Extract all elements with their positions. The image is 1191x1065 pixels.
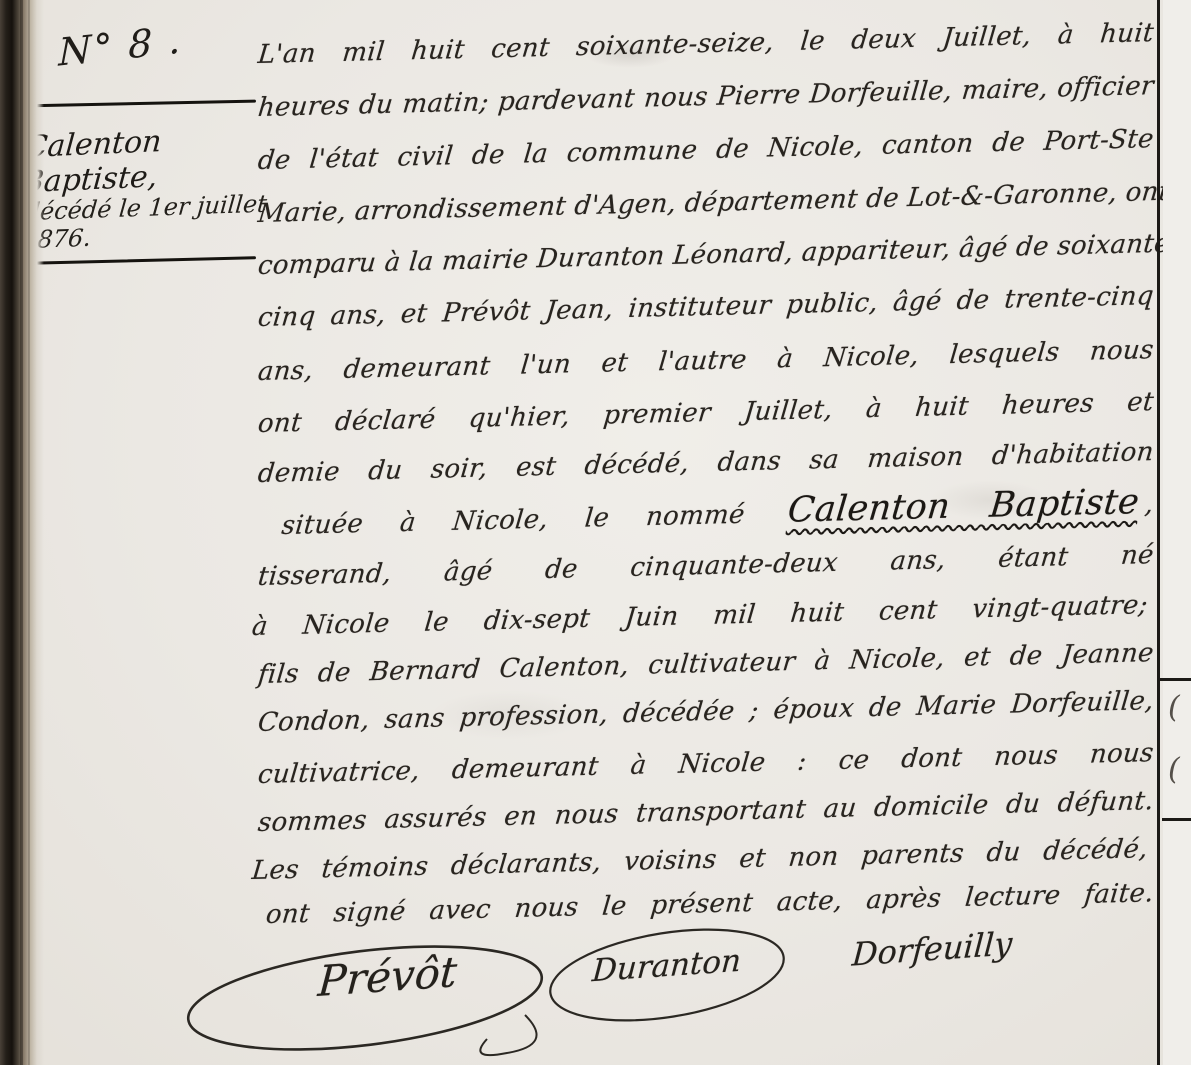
margin-rule-bottom [28, 256, 256, 265]
page-fold-line [1157, 0, 1160, 1065]
record-line: Marie, arrondissement d'Agen, départemen… [257, 177, 1156, 229]
margin-death-note: décédé le 1er juillet 1876. [21, 189, 276, 254]
record-line: Condon, sans profession, décédée ; époux… [257, 686, 1156, 738]
deceased-line-suffix: , [1143, 490, 1155, 520]
record-line: de l'état civil de la commune de Nicole,… [257, 124, 1156, 176]
death-record-page: N° 8 . Calenton Baptiste, décédé le 1er … [0, 0, 1191, 1065]
record-line: cultivatrice, demeurant à Nicole : ce do… [257, 738, 1156, 790]
record-line: L'an mil huit cent soixante-seize, le de… [257, 18, 1156, 70]
margin-rule-top [24, 100, 256, 108]
adjacent-page-mark: ( [1168, 690, 1180, 725]
deceased-line-prefix: située à Nicole, le nommé [280, 500, 746, 541]
deceased-name-highlight: Calenton Baptiste [780, 482, 1147, 531]
margin-deceased-name: Calenton Baptiste, [20, 119, 275, 200]
adjacent-page-sliver [1163, 0, 1191, 1065]
signature-duranton: Duranton [591, 943, 742, 990]
record-line: ont signé avec nous le présent acte, apr… [265, 878, 1156, 930]
record-line: cinq ans, et Prévôt Jean, instituteur pu… [257, 281, 1156, 333]
adjacent-page-rule [1160, 678, 1191, 681]
record-line: tisserand, âgé de cinquante-deux ans, ét… [257, 540, 1156, 592]
record-line-deceased: située à Nicole, le nommé Calenton Bapti… [280, 482, 1156, 543]
book-binding-edge [0, 0, 44, 1065]
record-line: heures du matin; pardevant nous Pierre D… [257, 71, 1156, 123]
record-line: fils de Bernard Calenton, cultivateur à … [257, 638, 1156, 690]
record-line: à Nicole le dix-sept Juin mil huit cent … [251, 590, 1150, 642]
record-line: Les témoins déclarants, voisins et non p… [251, 834, 1150, 886]
signature-prevot: Prévôt [316, 947, 458, 1006]
adjacent-page-mark: ( [1168, 752, 1180, 787]
signature-dorfeuilly: Dorfeuilly [851, 924, 1014, 973]
act-number: N° 8 . [58, 17, 182, 74]
record-line: demie du soir, est décédé, dans sa maiso… [257, 437, 1156, 489]
adjacent-page-rule [1162, 818, 1191, 821]
record-line: ont déclaré qu'hier, premier Juillet, à … [257, 387, 1156, 439]
record-line: sommes assurés en nous transportant au d… [257, 786, 1156, 838]
record-line: ans, demeurant l'un et l'autre à Nicole,… [257, 335, 1156, 387]
record-line: comparu à la mairie Duranton Léonard, ap… [257, 229, 1156, 281]
